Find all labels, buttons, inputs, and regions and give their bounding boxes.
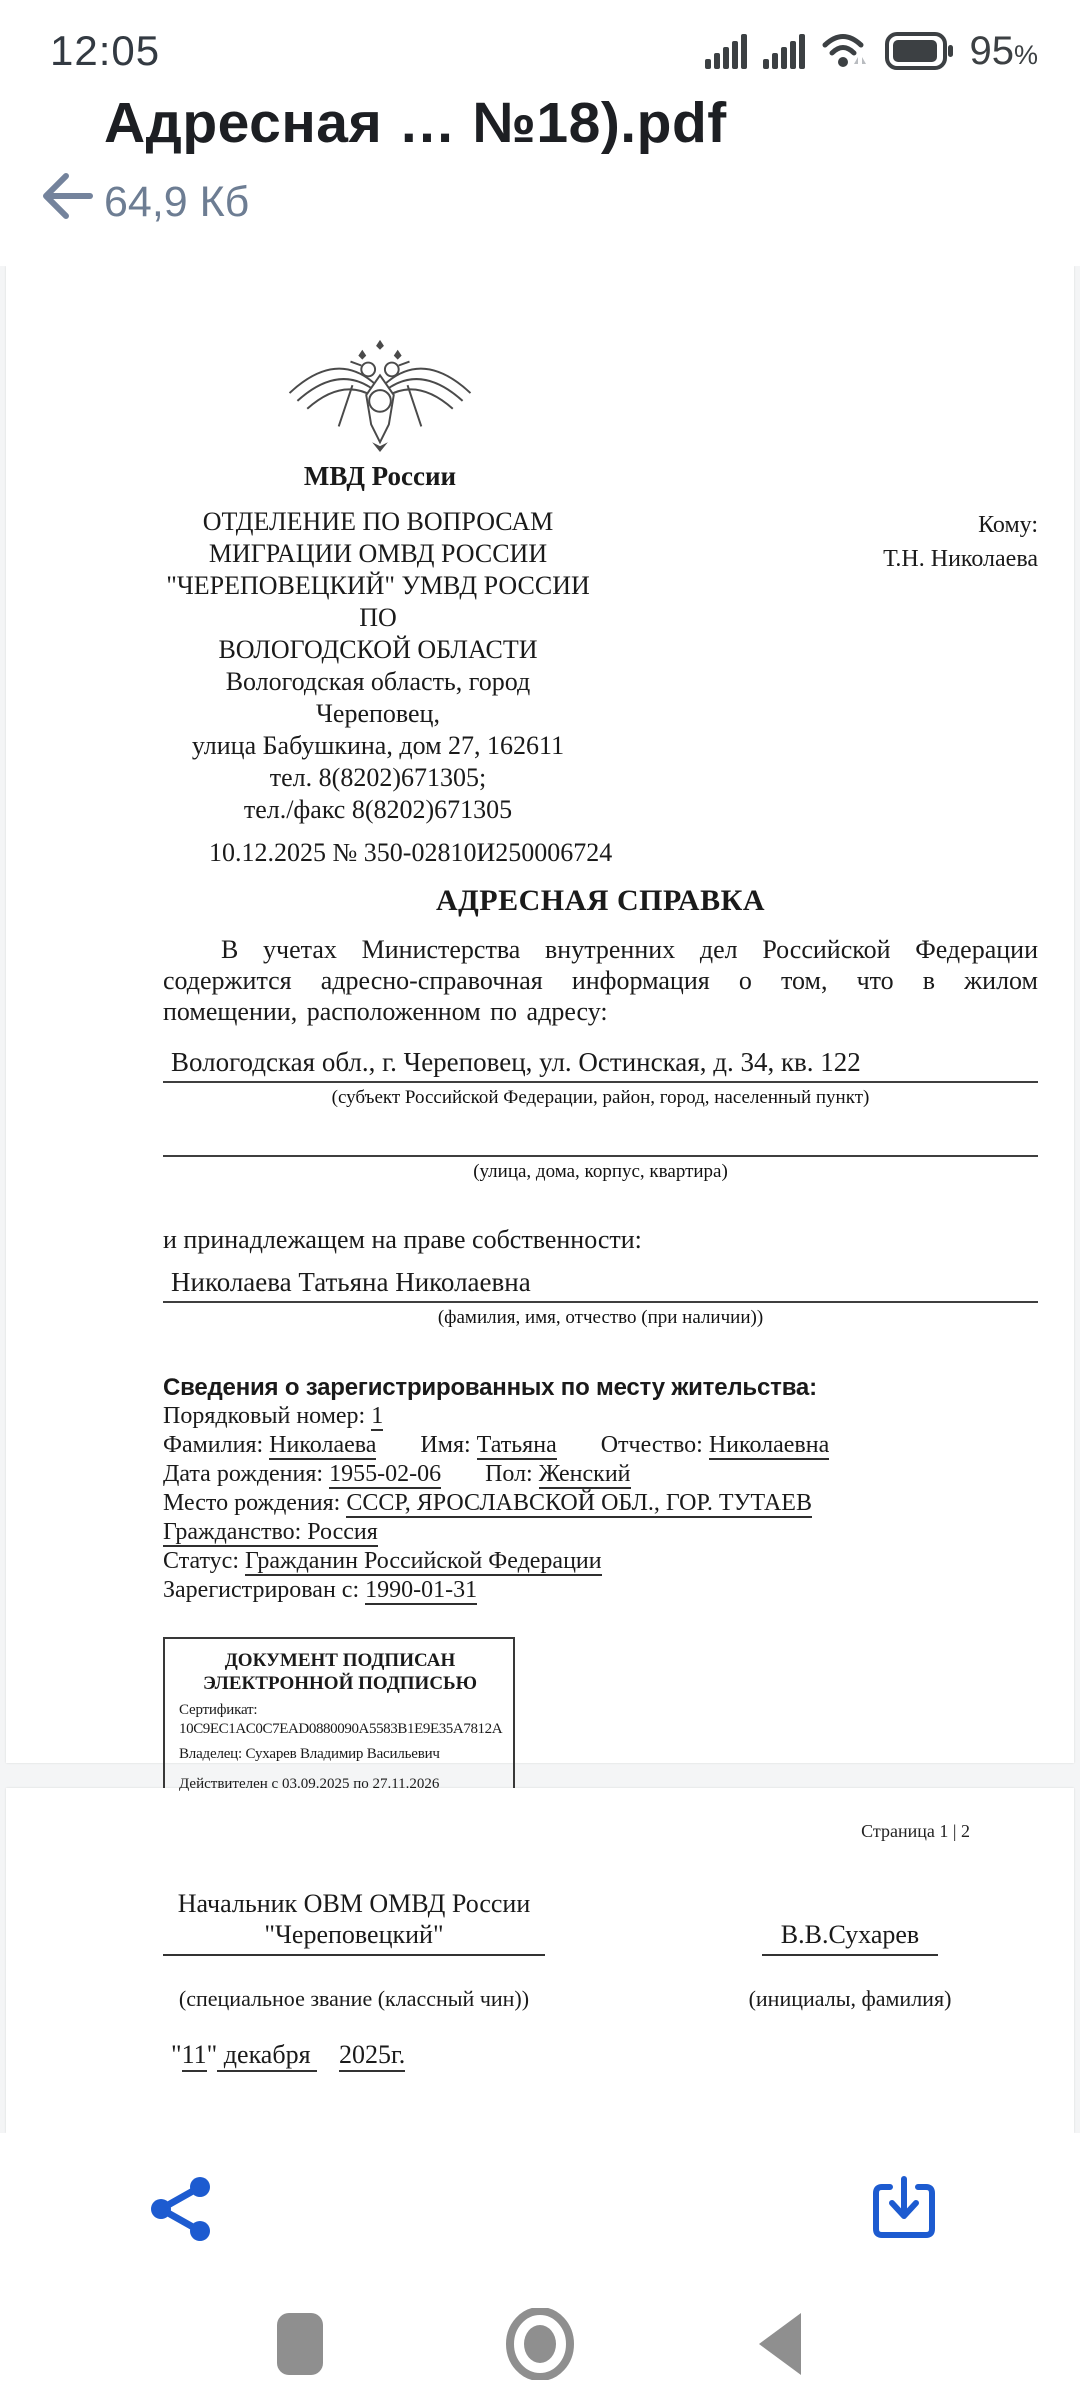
system-navbar xyxy=(0,2285,1080,2400)
bottom-toolbar xyxy=(0,2133,1080,2285)
cellular-signal-icon-1 xyxy=(705,31,749,71)
stamp-title-line2: ЭЛЕКТРОННОЙ ПОДПИСЬЮ xyxy=(179,1672,501,1695)
official-title: Начальник ОВМ ОМВД России "Череповецкий" xyxy=(163,1888,545,1956)
clock: 12:05 xyxy=(50,27,160,75)
mvd-emblem-block: МВД России xyxy=(165,336,595,492)
stamp-cert-value: 10C9EC1AC0C7EAD0880090A5583B1E9E35A7812A xyxy=(179,1720,501,1739)
download-icon[interactable] xyxy=(868,2173,940,2245)
reference-number: 10.12.2025 № 350-02810И250006724 xyxy=(163,838,1038,868)
address-caption: (субъект Российской Федерации, район, го… xyxy=(163,1087,1038,1109)
signer-block: В.В.Сухарев (инициалы, фамилия) xyxy=(762,1888,938,2012)
reg-line-registered-since: Зарегистрирован с: 1990-01-31 xyxy=(163,1576,1038,1605)
reg-line-name: Фамилия: Николаева Имя: Татьяна Отчество… xyxy=(163,1431,1038,1460)
reg-line-birth: Дата рождения: 1955-02-06 Пол: Женский xyxy=(163,1460,1038,1489)
street-field: (улица, дома, корпус, квартира) xyxy=(163,1123,1038,1183)
home-button[interactable] xyxy=(420,2308,660,2380)
document-title: АДРЕСНАЯ СПРАВКА xyxy=(163,884,1038,918)
wifi-icon xyxy=(821,30,871,72)
address-field: Вологодская обл., г. Череповец, ул. Ости… xyxy=(163,1047,1038,1109)
street-caption: (улица, дома, корпус, квартира) xyxy=(163,1161,1038,1183)
reg-line-citizenship: Гражданство: Россия xyxy=(163,1518,1038,1547)
ownership-line: и принадлежащем на праве собственности: xyxy=(163,1225,1038,1255)
signer-caption: (инициалы, фамилия) xyxy=(722,1986,978,2012)
owner-field: Николаева Татьяна Николаевна (фамилия, и… xyxy=(163,1267,1038,1329)
intro-paragraph: В учетах Министерства внутренних дел Рос… xyxy=(163,934,1038,1027)
back-button[interactable] xyxy=(660,2311,900,2377)
address-value: Вологодская обл., г. Череповец, ул. Ости… xyxy=(163,1047,1038,1083)
official-caption: (специальное звание (классный чин)) xyxy=(163,1986,545,2012)
official-signature-block: Начальник ОВМ ОМВД России "Череповецкий"… xyxy=(163,1888,545,2012)
registered-heading: Сведения о зарегистрированных по месту ж… xyxy=(163,1373,1038,1402)
file-title: Адресная … №18).pdf xyxy=(104,90,727,156)
owner-value: Николаева Татьяна Николаевна xyxy=(163,1267,1038,1303)
stamp-owner: Владелец: Сухарев Владимир Васильевич xyxy=(179,1745,501,1764)
file-size: 64,9 Кб xyxy=(104,178,727,227)
pdf-page-1: МВД России ОТДЕЛЕНИЕ ПО ВОПРОСАМ МИГРАЦИ… xyxy=(6,266,1074,1763)
issuing-office-block: ОТДЕЛЕНИЕ ПО ВОПРОСАМ МИГРАЦИИ ОМВД РОСС… xyxy=(163,506,593,826)
page-separator xyxy=(6,1763,1074,1788)
status-bar: 12:05 xyxy=(0,0,1080,88)
owner-caption: (фамилия, имя, отчество (при наличии)) xyxy=(163,1307,1038,1329)
battery-percent: 95% xyxy=(969,29,1038,74)
reg-line-status: Статус: Гражданин Российской Федерации xyxy=(163,1547,1038,1576)
reg-line-number: Порядковый номер: 1 xyxy=(163,1402,1038,1431)
signing-date: "11" декабря 2025г. xyxy=(163,2040,1038,2070)
mvd-double-eagle-icon xyxy=(280,336,480,454)
share-icon[interactable] xyxy=(145,2173,217,2245)
app-header: Адресная … №18).pdf 64,9 Кб xyxy=(0,88,1080,266)
emblem-caption: МВД России xyxy=(165,461,595,492)
stamp-title-line1: ДОКУМЕНТ ПОДПИСАН xyxy=(179,1649,501,1672)
recipient-block: Кому: Т.Н. Николаева xyxy=(883,506,1038,826)
recents-button[interactable] xyxy=(180,2311,420,2377)
pdf-viewer[interactable]: МВД России ОТДЕЛЕНИЕ ПО ВОПРОСАМ МИГРАЦИ… xyxy=(0,266,1080,2133)
back-arrow-icon[interactable] xyxy=(36,164,100,228)
signer-name: В.В.Сухарев xyxy=(762,1888,938,1956)
recipient-label: Кому: xyxy=(883,508,1038,542)
reg-line-birthplace: Место рождения: СССР, ЯРОСЛАВСКОЙ ОБЛ., … xyxy=(163,1489,1038,1518)
street-value-empty xyxy=(163,1123,1038,1157)
stamp-cert-label: Сертификат: xyxy=(179,1701,501,1720)
registered-persons-block: Сведения о зарегистрированных по месту ж… xyxy=(163,1373,1038,1605)
cellular-signal-icon-2 xyxy=(763,31,807,71)
recipient-name: Т.Н. Николаева xyxy=(883,542,1038,576)
battery-icon xyxy=(885,32,955,70)
